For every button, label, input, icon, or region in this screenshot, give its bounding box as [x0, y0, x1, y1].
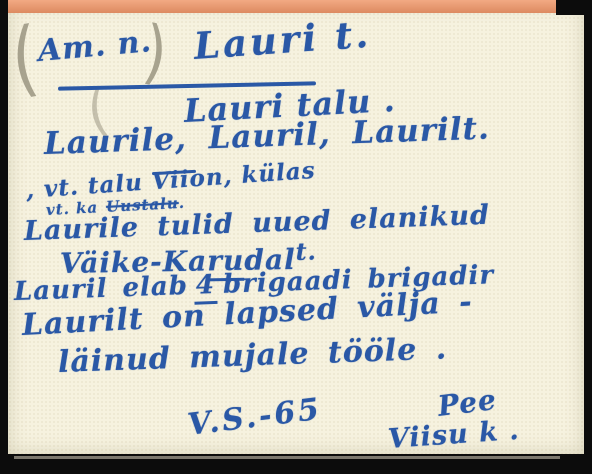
scanned-card-photo: ( ) ( Am. n. Lauri t. Lauri talu . Lauri… — [0, 0, 592, 474]
place-raised-ending: t. — [295, 238, 317, 266]
see-also-suffix: . — [178, 194, 185, 212]
card-bottom-edge — [14, 456, 560, 459]
scan-background-corner — [556, 0, 592, 15]
adjacent-card-edge — [8, 0, 558, 13]
